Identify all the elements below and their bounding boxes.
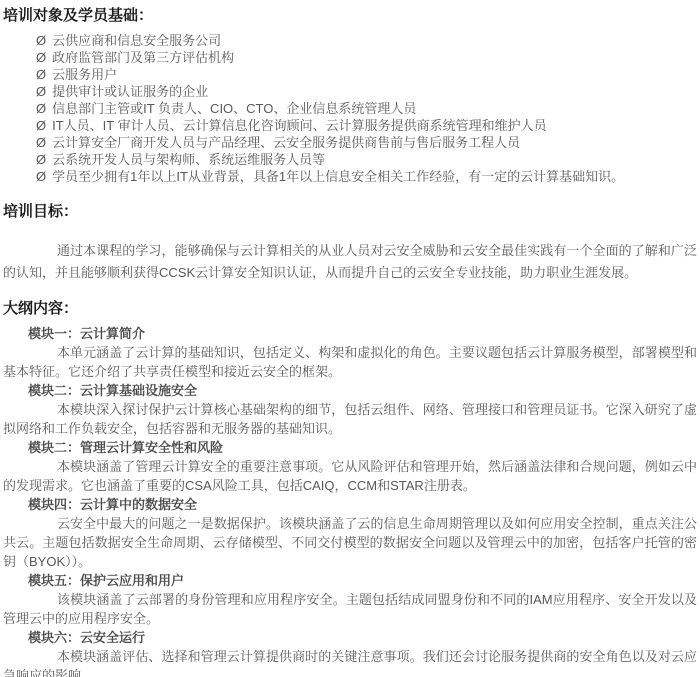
bullet-icon: Ø [36, 33, 46, 48]
bullet-icon: Ø [36, 67, 46, 82]
list-item: Ø政府监管部门及第三方评估机构 [36, 49, 697, 66]
goal-heading: 培训目标： [3, 202, 697, 221]
module-body: 本模块涵盖了管理云计算安全的重要注意事项。它从风险评估和管理开始，然后涵盖法律和… [3, 457, 697, 495]
section-audience: 培训对象及学员基础： Ø云供应商和信息安全服务公司 Ø政府监管部门及第三方评估机… [3, 6, 697, 185]
module-title: 模块五：保护云应用和用户 [28, 571, 697, 590]
list-item-text: 云供应商和信息安全服务公司 [52, 33, 221, 48]
audience-list: Ø云供应商和信息安全服务公司 Ø政府监管部门及第三方评估机构 Ø云服务用户 Ø提… [36, 32, 697, 185]
section-goal: 培训目标： 通过本课程的学习，能够确保与云计算相关的从业人员对云安全威胁和云安全… [3, 202, 697, 284]
bullet-icon: Ø [36, 118, 46, 133]
module-title: 模块二：管理云计算安全性和风险 [28, 438, 697, 457]
module-body: 该模块涵盖了云部署的身份管理和应用程序安全。主题包括结成同盟身份和不同的IAM应… [3, 590, 697, 628]
document-page: 培训对象及学员基础： Ø云供应商和信息安全服务公司 Ø政府监管部门及第三方评估机… [0, 0, 700, 677]
list-item: ØIT人员、IT 审计人员、云计算信息化咨询顾问、云计算服务提供商系统管理和维护… [36, 117, 697, 134]
bullet-icon: Ø [36, 50, 46, 65]
list-item-text: 学员至少拥有1年以上IT从业背景，具备1年以上信息安全相关工作经验，有一定的云计… [52, 169, 624, 184]
outline-heading: 大纲内容： [3, 299, 697, 318]
list-item-text: 云服务用户 [52, 67, 117, 82]
list-item-text: 信息部门主管或IT 负责人、CIO、CTO、企业信息系统管理人员 [52, 101, 416, 116]
module-body: 本单元涵盖了云计算的基础知识，包括定义、构架和虚拟化的角色。主要议题包括云计算服… [3, 343, 697, 381]
bullet-icon: Ø [36, 84, 46, 99]
list-item: Ø云系统开发人员与架构师、系统运维服务人员等 [36, 151, 697, 168]
list-item: Ø云服务用户 [36, 66, 697, 83]
list-item: Ø云供应商和信息安全服务公司 [36, 32, 697, 49]
audience-heading: 培训对象及学员基础： [3, 6, 697, 25]
goal-paragraph: 通过本课程的学习，能够确保与云计算相关的从业人员对云安全威胁和云安全最佳实践有一… [3, 240, 697, 284]
bullet-icon: Ø [36, 135, 46, 150]
section-outline: 大纲内容： 模块一：云计算简介 本单元涵盖了云计算的基础知识，包括定义、构架和虚… [3, 299, 697, 677]
module-body: 本模块深入探讨保护云计算核心基础架构的细节，包括云组件、网络、管理接口和管理员证… [3, 400, 697, 438]
module-title: 模块四：云计算中的数据安全 [28, 495, 697, 514]
list-item: Ø学员至少拥有1年以上IT从业背景，具备1年以上信息安全相关工作经验，有一定的云… [36, 168, 697, 185]
module-body: 本模块涵盖评估、选择和管理云计算提供商时的关键注意事项。我们还会讨论服务提供商的… [3, 647, 697, 677]
module-body: 云安全中最大的问题之一是数据保护。该模块涵盖了云的信息生命周期管理以及如何应用安… [3, 514, 697, 571]
bullet-icon: Ø [36, 169, 46, 184]
list-item-text: 提供审计或认证服务的企业 [52, 84, 208, 99]
list-item-text: 云计算安全厂商开发人员与产品经理、云安全服务提供商售前与售后服务工程人员 [52, 135, 520, 150]
list-item: Ø云计算安全厂商开发人员与产品经理、云安全服务提供商售前与售后服务工程人员 [36, 134, 697, 151]
list-item-text: IT人员、IT 审计人员、云计算信息化咨询顾问、云计算服务提供商系统管理和维护人… [52, 118, 546, 133]
bullet-icon: Ø [36, 152, 46, 167]
module-title: 模块二：云计算基础设施安全 [28, 381, 697, 400]
module-title: 模块一：云计算简介 [28, 324, 697, 343]
bullet-icon: Ø [36, 101, 46, 116]
list-item-text: 政府监管部门及第三方评估机构 [52, 50, 234, 65]
list-item: Ø信息部门主管或IT 负责人、CIO、CTO、企业信息系统管理人员 [36, 100, 697, 117]
list-item: Ø提供审计或认证服务的企业 [36, 83, 697, 100]
module-title: 模块六：云安全运行 [28, 628, 697, 647]
module-list: 模块一：云计算简介 本单元涵盖了云计算的基础知识，包括定义、构架和虚拟化的角色。… [3, 324, 697, 677]
list-item-text: 云系统开发人员与架构师、系统运维服务人员等 [52, 152, 325, 167]
